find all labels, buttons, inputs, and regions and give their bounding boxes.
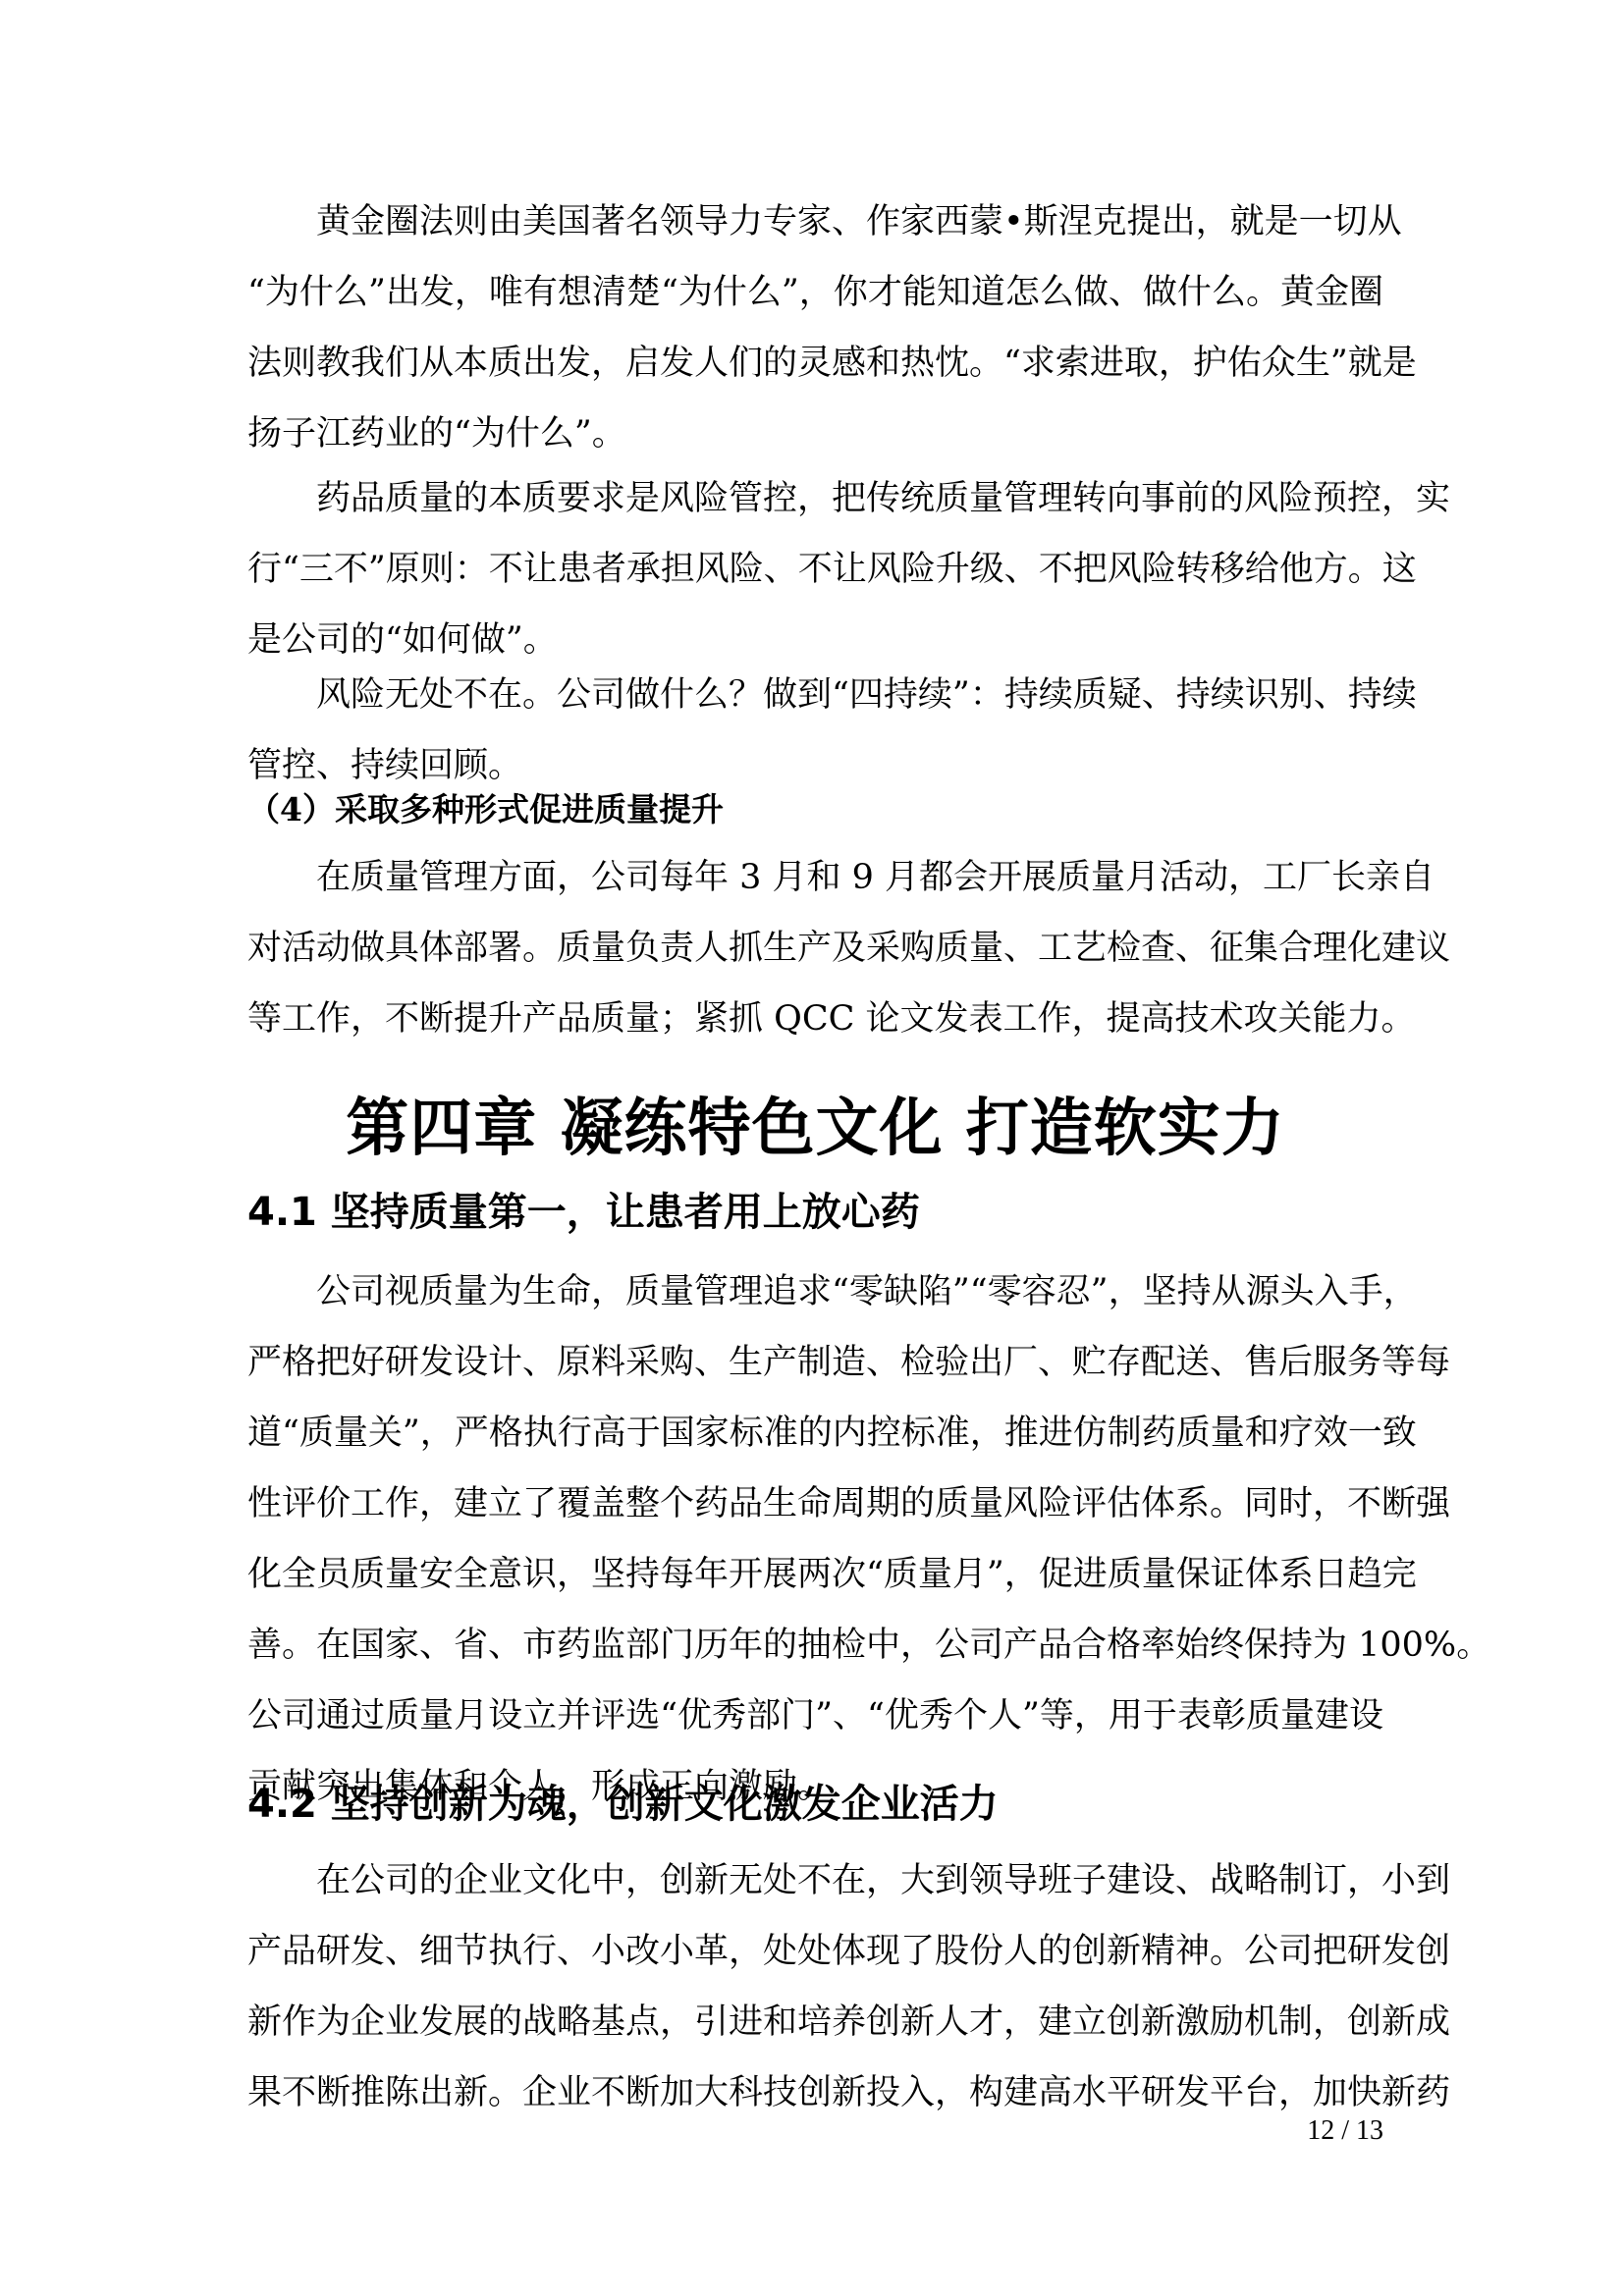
paragraph-four-continuous: 风险无处不在。公司做什么？做到“四持续”：持续质疑、持续识别、持续 管控、持续回… <box>247 660 1383 801</box>
text-line: 在公司的企业文化中，创新无处不在，大到领导班子建设、战略制订，小到 <box>247 1845 1383 1916</box>
paragraph-quality-month: 在质量管理方面，公司每年 3 月和 9 月都会开展质量月活动，工厂长亲自 对活动… <box>247 842 1383 1054</box>
page-number: 12 / 13 <box>1307 2115 1383 2147</box>
text-line: 果不断推陈出新。企业不断加大科技创新投入，构建高水平研发平台，加快新药 <box>247 2057 1383 2128</box>
text-line: 产品研发、细节执行、小改小革，处处体现了股份人的创新精神。公司把研发创 <box>247 1916 1383 1987</box>
text-line: 风险无处不在。公司做什么？做到“四持续”：持续质疑、持续识别、持续 <box>247 660 1383 730</box>
text-line: 化全员质量安全意识，坚持每年开展两次“质量月”，促进质量保证体系日趋完 <box>247 1539 1383 1610</box>
text-line: 法则教我们从本质出发，启发人们的灵感和热忱。“求索进取，护佑众生”就是 <box>247 328 1383 399</box>
text-line: 严格把好研发设计、原料采购、生产制造、检验出厂、贮存配送、售后服务等每 <box>247 1327 1383 1398</box>
chapter-title: 第四章 凝练特色文化 打造软实力 <box>247 1085 1383 1173</box>
text-line: 扬子江药业的“为什么”。 <box>247 399 1383 469</box>
paragraph-risk-control: 药品质量的本质要求是风险管控，把传统质量管理转向事前的风险预控，实 行“三不”原… <box>247 463 1383 675</box>
subheading-quality-improvement: （4）采取多种形式促进质量提升 <box>247 785 724 834</box>
text-line: 在质量管理方面，公司每年 3 月和 9 月都会开展质量月活动，工厂长亲自 <box>247 842 1383 913</box>
section-heading-4-1: 4.1 坚持质量第一，让患者用上放心药 <box>247 1183 920 1242</box>
paragraph-quality-first: 公司视质量为生命，质量管理追求“零缺陷”“零容忍”，坚持从源头入手， 严格把好研… <box>247 1256 1383 1822</box>
text-line: 黄金圈法则由美国著名领导力专家、作家西蒙•斯涅克提出，就是一切从 <box>247 187 1383 257</box>
text-line: 新作为企业发展的战略基点，引进和培养创新人才，建立创新激励机制，创新成 <box>247 1987 1383 2057</box>
paragraph-golden-circle: 黄金圈法则由美国著名领导力专家、作家西蒙•斯涅克提出，就是一切从 “为什么”出发… <box>247 187 1383 469</box>
text-line: 善。在国家、省、市药监部门历年的抽检中，公司产品合格率始终保持为 100%。 <box>247 1610 1383 1681</box>
text-line: 行“三不”原则：不让患者承担风险、不让风险升级、不把风险转移给他方。这 <box>247 534 1383 605</box>
text-line: 对活动做具体部署。质量负责人抓生产及采购质量、工艺检查、征集合理化建议 <box>247 913 1383 984</box>
text-line: 公司通过质量月设立并评选“优秀部门”、“优秀个人”等，用于表彰质量建设 <box>247 1681 1383 1751</box>
section-heading-4-2: 4.2 坚持创新为魂，创新文化激发企业活力 <box>247 1775 999 1834</box>
text-line: 药品质量的本质要求是风险管控，把传统质量管理转向事前的风险预控，实 <box>247 463 1383 534</box>
text-line: 性评价工作，建立了覆盖整个药品生命周期的质量风险评估体系。同时，不断强 <box>247 1468 1383 1539</box>
text-line: 道“质量关”，严格执行高于国家标准的内控标准，推进仿制药质量和疗效一致 <box>247 1398 1383 1468</box>
text-line: 等工作，不断提升产品质量；紧抓 QCC 论文发表工作，提高技术攻关能力。 <box>247 984 1383 1054</box>
text-line: 公司视质量为生命，质量管理追求“零缺陷”“零容忍”，坚持从源头入手， <box>247 1256 1383 1327</box>
paragraph-innovation: 在公司的企业文化中，创新无处不在，大到领导班子建设、战略制订，小到 产品研发、细… <box>247 1845 1383 2128</box>
text-line: “为什么”出发，唯有想清楚“为什么”，你才能知道怎么做、做什么。黄金圈 <box>247 257 1383 328</box>
